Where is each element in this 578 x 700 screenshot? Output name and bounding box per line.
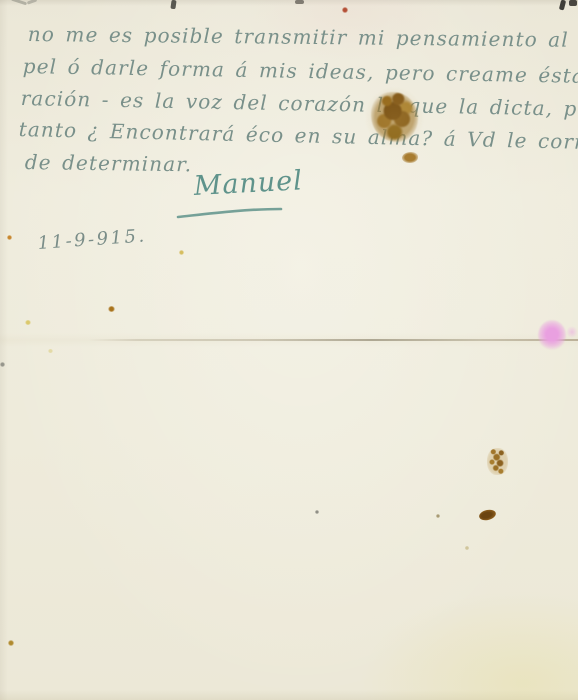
speckled-rust-stain	[487, 448, 508, 475]
pink-blot	[538, 320, 566, 350]
top-edge-stroke-fragment	[170, 0, 176, 9]
letter-line: no me es posible transmitir mi pensamien…	[28, 22, 578, 52]
brown-speck	[108, 306, 115, 312]
signature-underline-flourish	[176, 204, 284, 220]
faint-speck	[465, 546, 469, 550]
fold-line	[88, 339, 578, 341]
red-speck	[342, 7, 348, 13]
signature: Manuel	[193, 165, 304, 202]
letter-page: no me es posible transmitir mi pensamien…	[0, 0, 578, 700]
gray-speck	[0, 362, 5, 367]
brown-speck	[8, 640, 14, 646]
letter-line: de determinar.	[25, 150, 193, 176]
letter-date: 11-9-915.	[37, 225, 147, 254]
tan-speck	[436, 514, 440, 518]
top-edge-stroke-fragment	[295, 0, 304, 4]
yellow-speck	[179, 250, 184, 255]
yellow-speck	[25, 320, 31, 325]
letter-line: pel ó darle forma á mis ideas, pero crea…	[23, 54, 578, 89]
dark-brown-spot	[478, 508, 497, 522]
paper-left-shadow	[0, 0, 8, 700]
orange-speck	[7, 235, 12, 240]
pink-blot-edge	[566, 326, 578, 338]
letter-line: ración - es la voz del corazón la que la…	[21, 86, 578, 122]
faint-speck	[48, 349, 53, 353]
letter-line: tanto ¿ Encontrará éco en su alma? á Vd …	[18, 117, 578, 155]
large-rust-stain	[371, 92, 418, 142]
top-edge-stroke-fragment	[569, 0, 577, 6]
gray-speck	[315, 510, 319, 514]
paper-yellow-tint	[358, 590, 578, 700]
small-rust-stain	[402, 152, 418, 163]
